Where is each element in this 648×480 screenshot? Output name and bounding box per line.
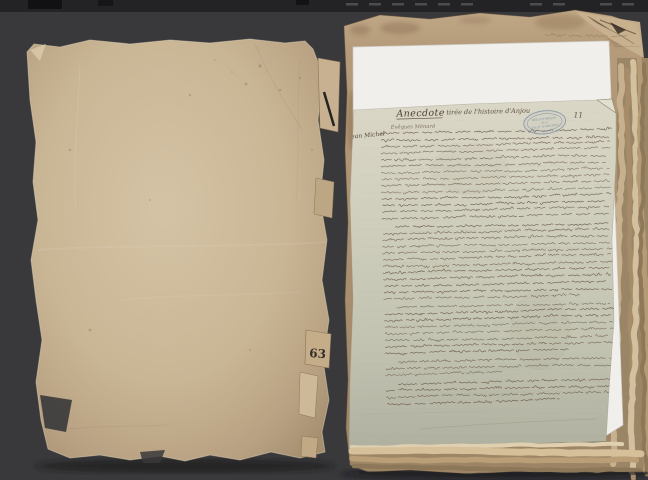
spine-number: 63 [309, 346, 327, 361]
top-edge-strip [0, 0, 648, 12]
page-number: 11 [573, 110, 583, 119]
left-blank-page [27, 39, 329, 463]
archival-photo: 63 A [0, 0, 648, 480]
